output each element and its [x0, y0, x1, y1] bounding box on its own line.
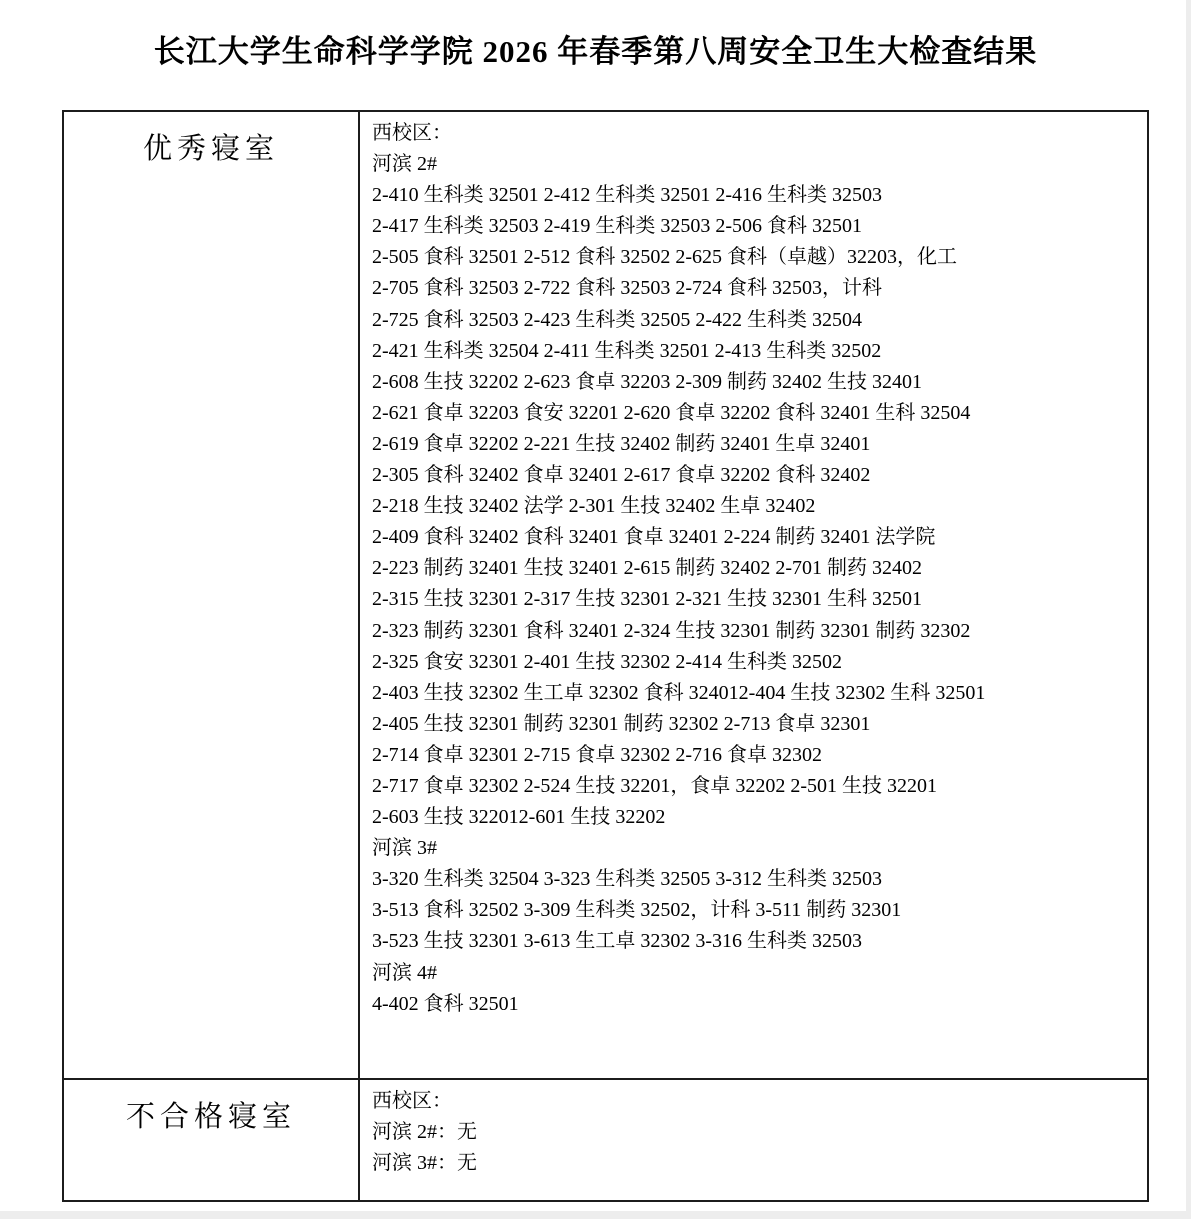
text-line: 2-603 生技 322012-601 生技 32202	[372, 802, 1137, 833]
text-line: 2-705 食科 32503 2-722 食科 32503 2-724 食科 3…	[372, 273, 1137, 304]
text-line: 西校区：	[372, 118, 1137, 149]
text-line: 2-409 食科 32402 食科 32401 食卓 32401 2-224 制…	[372, 522, 1137, 553]
row-label-failed: 不合格寝室	[126, 1094, 296, 1135]
page-edge-right	[1186, 0, 1191, 1219]
excellent-dorms-list: 西校区：河滨 2#2-410 生科类 32501 2-412 生科类 32501…	[359, 111, 1148, 1079]
text-line: 河滨 2#	[372, 149, 1137, 180]
text-line: 2-714 食卓 32301 2-715 食卓 32302 2-716 食卓 3…	[372, 740, 1137, 771]
text-line: 2-421 生科类 32504 2-411 生科类 32501 2-413 生科…	[372, 336, 1137, 367]
text-line: 3-320 生科类 32504 3-323 生科类 32505 3-312 生科…	[372, 864, 1137, 895]
text-line: 2-619 食卓 32202 2-221 生技 32402 制药 32401 生…	[372, 429, 1137, 460]
document-page: 长江大学生命科学学院 2026 年春季第八周安全卫生大检查结果 优秀寝室 西校区…	[0, 0, 1191, 1219]
text-line: 2-305 食科 32402 食卓 32401 2-617 食卓 32202 食…	[372, 460, 1137, 491]
text-line: 2-505 食科 32501 2-512 食科 32502 2-625 食科（卓…	[372, 242, 1137, 273]
row-header-excellent: 优秀寝室	[63, 111, 359, 1079]
text-line: 河滨 3#	[372, 833, 1137, 864]
page-title: 长江大学生命科学学院 2026 年春季第八周安全卫生大检查结果	[0, 26, 1191, 71]
text-line: 2-410 生科类 32501 2-412 生科类 32501 2-416 生科…	[372, 180, 1137, 211]
text-line: 河滨 4#	[372, 958, 1137, 989]
text-line: 2-323 制药 32301 食科 32401 2-324 生技 32301 制…	[372, 616, 1137, 647]
failed-dorms-list: 西校区：河滨 2#：无河滨 3#：无	[359, 1079, 1148, 1201]
page-edge-bottom	[0, 1211, 1191, 1219]
text-line: 2-223 制药 32401 生技 32401 2-615 制药 32402 2…	[372, 553, 1137, 584]
text-line: 2-218 生技 32402 法学 2-301 生技 32402 生卓 3240…	[372, 491, 1137, 522]
row-label-excellent: 优秀寝室	[143, 126, 279, 167]
table-row-excellent-dorms: 优秀寝室 西校区：河滨 2#2-410 生科类 32501 2-412 生科类 …	[63, 111, 1148, 1079]
inspection-results-table: 优秀寝室 西校区：河滨 2#2-410 生科类 32501 2-412 生科类 …	[62, 110, 1149, 1202]
text-line: 西校区：	[372, 1086, 1137, 1117]
text-line: 2-725 食科 32503 2-423 生科类 32505 2-422 生科类…	[372, 305, 1137, 336]
text-line: 2-403 生技 32302 生工卓 32302 食科 324012-404 生…	[372, 678, 1137, 709]
table-row-failed-dorms: 不合格寝室 西校区：河滨 2#：无河滨 3#：无	[63, 1079, 1148, 1201]
text-line: 4-402 食科 32501	[372, 989, 1137, 1020]
text-line: 2-405 生技 32301 制药 32301 制药 32302 2-713 食…	[372, 709, 1137, 740]
text-line: 2-417 生科类 32503 2-419 生科类 32503 2-506 食科…	[372, 211, 1137, 242]
text-line: 2-621 食卓 32203 食安 32201 2-620 食卓 32202 食…	[372, 398, 1137, 429]
text-line: 2-717 食卓 32302 2-524 生技 32201，食卓 32202 2…	[372, 771, 1137, 802]
text-line: 2-325 食安 32301 2-401 生技 32302 2-414 生科类 …	[372, 647, 1137, 678]
text-line: 河滨 3#：无	[372, 1148, 1137, 1179]
text-line: 2-315 生技 32301 2-317 生技 32301 2-321 生技 3…	[372, 584, 1137, 615]
text-line: 河滨 2#：无	[372, 1117, 1137, 1148]
text-line: 3-513 食科 32502 3-309 生科类 32502，计科 3-511 …	[372, 895, 1137, 926]
text-line: 2-608 生技 32202 2-623 食卓 32203 2-309 制药 3…	[372, 367, 1137, 398]
row-header-failed: 不合格寝室	[63, 1079, 359, 1201]
text-line: 3-523 生技 32301 3-613 生工卓 32302 3-316 生科类…	[372, 926, 1137, 957]
